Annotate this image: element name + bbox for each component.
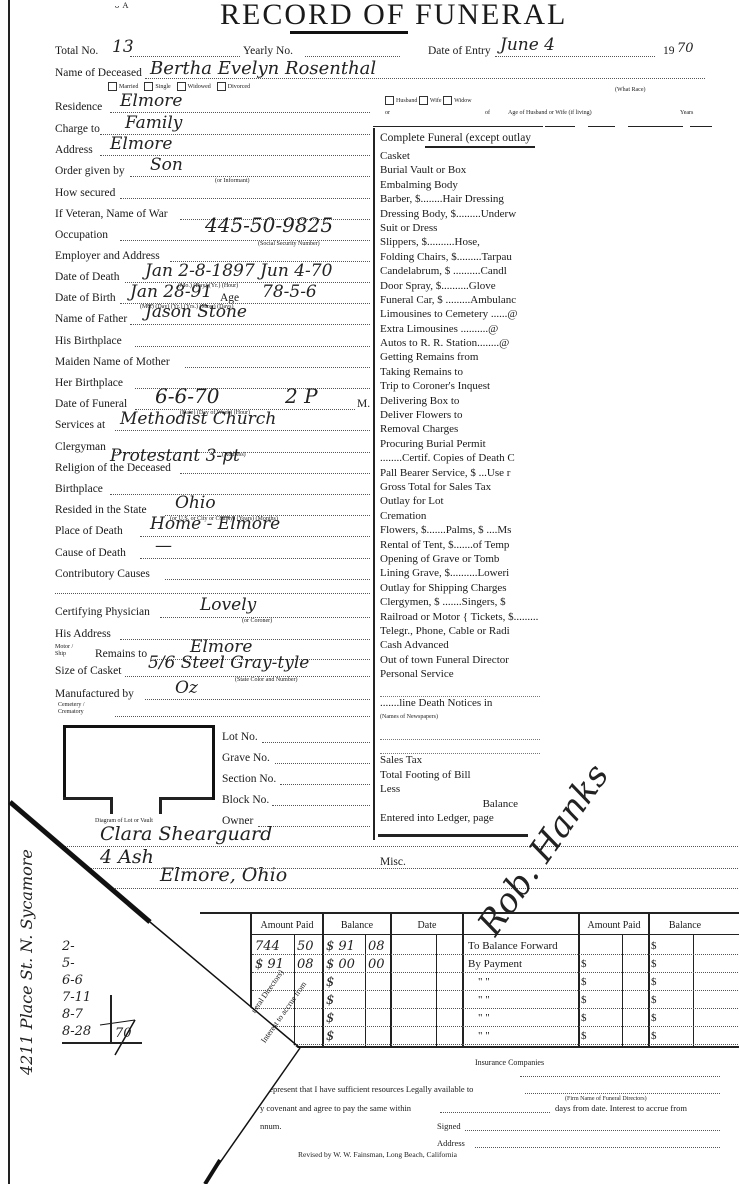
father-value[interactable]: Jason Stone (145, 303, 247, 321)
lot-no-line[interactable] (262, 742, 370, 743)
charge-item: Trip to Coroner's Inquest (380, 380, 540, 394)
charge-item: Procuring Burial Permit (380, 438, 540, 452)
checkbox-wife[interactable] (419, 96, 428, 105)
checkbox-widow[interactable] (443, 96, 452, 105)
father-line (130, 324, 370, 325)
year-value[interactable]: 70 (677, 40, 694, 58)
insurance-companies-label: Insurance Companies (475, 1058, 525, 1067)
charge-item: Clergymen, $ .......Singers, $ (380, 596, 540, 610)
date-of-entry-value[interactable]: June 4 (500, 36, 555, 54)
payment-date[interactable]: 6-6 (62, 972, 83, 990)
charge-item: Folding Chairs, $.........Tarpau (380, 251, 540, 265)
yearly-no-line[interactable] (305, 56, 400, 57)
contributory-label: Contributory Causes (55, 567, 150, 581)
order-given-by-value[interactable]: Son (150, 156, 183, 174)
residence-value[interactable]: Elmore (120, 92, 182, 110)
section-no-label: Section No. (222, 772, 276, 786)
charge-item: (Names of Newspapers) (380, 711, 540, 725)
charge-item: Cremation (380, 510, 540, 524)
his-birthplace-label: His Birthplace (55, 334, 122, 348)
date-header: Date (392, 920, 462, 932)
rpay-balance-dollar[interactable]: $ (651, 940, 657, 953)
days-text: days from date. Interest to accrue from (555, 1103, 687, 1113)
rpay-amount-dollar[interactable]: $ (581, 994, 587, 1007)
father-label: Name of Father (55, 312, 127, 326)
rpay-amount-dollar[interactable]: $ (581, 958, 587, 971)
right-top-rule-2 (588, 126, 615, 127)
charge-item: Total Footing of Bill (380, 769, 540, 783)
year-prefix: 19 (663, 44, 675, 58)
total-no-label: Total No. (55, 44, 98, 58)
folded-corner-flap (0, 790, 380, 1184)
checkbox-widowed[interactable] (177, 82, 186, 91)
charge-item: ........Certif. Copies of Death C (380, 452, 540, 466)
date-of-funeral-label: Date of Funeral (55, 397, 127, 411)
charge-item: Autos to R. R. Station........@ (380, 337, 540, 351)
name-of-deceased-label: Name of Deceased (55, 66, 142, 80)
place-of-death-value[interactable]: Home - Elmore (150, 515, 280, 533)
funeral-hour-value[interactable]: 2 P (285, 387, 318, 405)
name-line (145, 78, 705, 79)
charge-item: Suit or Dress (380, 222, 540, 236)
payment-date[interactable]: 8-28 (62, 1023, 91, 1041)
charge-item: Opening of Grave or Tomb (380, 553, 540, 567)
charge-item: Removal Charges (380, 423, 540, 437)
spouse-of: of (485, 110, 490, 117)
services-at-label: Services at (55, 418, 105, 432)
payment-date[interactable]: 2- (62, 938, 75, 956)
mother-maiden-label: Maiden Name of Mother (55, 355, 170, 369)
complete-funeral-header: Complete Funeral (except outlay (380, 132, 531, 145)
cemetery-line[interactable] (115, 716, 370, 717)
date-of-death-label: Date of Death (55, 270, 120, 284)
ssn-label: (Social Security Number) (258, 241, 320, 248)
charge-item: Dressing Body, $.........Underw (380, 208, 540, 222)
page-title: RECORD OF FUNERAL (220, 0, 567, 30)
charge-item: Lining Grave, $..........Loweri (380, 567, 540, 581)
firm-line[interactable] (525, 1093, 720, 1094)
contributory-line-2 (55, 593, 370, 594)
charge-item: Burial Vault or Box (380, 164, 540, 178)
charge-item: .......line Death Notices in (380, 697, 540, 711)
address-line (100, 155, 370, 156)
charge-to-label: Charge to (55, 122, 100, 136)
marital-status-options: Married Single Widowed Divorced (108, 82, 250, 91)
charge-item: Telegr., Phone, Cable or Radi (380, 625, 540, 639)
rpay-row-line (462, 972, 739, 973)
or-informant-label: (or Informant) (215, 178, 250, 185)
funeral-meridiem: M. (357, 397, 370, 411)
flap-year: 70 (115, 1025, 132, 1043)
age-spouse-label: Age of Husband or Wife (if living) (508, 110, 592, 117)
physician-value[interactable]: Lovely (200, 596, 256, 614)
residence-label: Residence (55, 100, 102, 114)
rpay-row-label: To Balance Forward (468, 940, 558, 953)
charge-item: Rental of Tent, $.......of Temp (380, 539, 540, 553)
date-of-birth-value[interactable]: Jan 28-91 (130, 283, 212, 301)
margin-note: 4211 Place St. N. Sycamore (18, 849, 36, 1075)
resided-label: Resided in the State (55, 503, 147, 517)
charge-item: Out of town Funeral Director (380, 654, 540, 668)
charge-item: Embalming Body (380, 179, 540, 193)
rpay-row-label: By Payment (468, 958, 522, 971)
charge-item: Balance (380, 798, 540, 812)
order-given-by-label: Order given by (55, 164, 125, 178)
days-line[interactable] (440, 1112, 550, 1113)
right-top-rule-4 (690, 126, 712, 127)
services-at-line (115, 430, 370, 431)
remains-to-label: Remains to (95, 647, 147, 661)
age-value[interactable]: 78-5-6 (262, 283, 317, 301)
rpay-row-line (462, 954, 739, 955)
mother-maiden-line[interactable] (185, 367, 370, 368)
charge-item: Funeral Car, $ .........Ambulanc (380, 294, 540, 308)
lot-diagram-box (63, 725, 215, 800)
cause-line (140, 558, 370, 559)
right-panel-bottom (378, 834, 528, 837)
right-panel-items: CasketBurial Vault or BoxEmbalming BodyB… (380, 150, 540, 826)
right-panel-border (373, 128, 375, 840)
cemetery-crematory-label: Cemetery / Crematory (58, 702, 98, 716)
order-line (130, 176, 370, 177)
spouse-options: Husband Wife Widow (385, 96, 472, 105)
flap-date-divider (110, 995, 112, 1043)
charge-item: Outlay for Shipping Charges (380, 582, 540, 596)
physician-label: Certifying Physician (55, 605, 150, 619)
checkbox-divorced[interactable] (217, 82, 226, 91)
how-secured-label: How secured (55, 186, 115, 200)
rpay-row-label: " " (478, 1030, 490, 1043)
his-birthplace-line[interactable] (135, 346, 370, 347)
rpay-row-label: " " (478, 1012, 490, 1025)
rpay-row-line (462, 990, 739, 991)
checkbox-husband[interactable] (385, 96, 394, 105)
total-no-line (130, 56, 240, 57)
race-label: (What Race) (615, 87, 645, 94)
name-of-deceased-value[interactable]: Bertha Evelyn Rosenthal (150, 60, 376, 78)
cause-of-death-value[interactable]: — (155, 537, 172, 555)
ssn-value[interactable]: 445-50-9825 (205, 216, 333, 234)
charge-item (380, 726, 540, 740)
section-no-line[interactable] (280, 784, 370, 785)
yearly-no-label: Yearly No. (243, 44, 293, 58)
rpay-row-label: " " (478, 976, 490, 989)
checkbox-single[interactable] (144, 82, 153, 91)
manufactured-by-value[interactable]: Oz (175, 679, 198, 697)
occupation-label: Occupation (55, 228, 108, 242)
title-underline (290, 31, 408, 34)
charge-item: Deliver Flowers to (380, 409, 540, 423)
signed-line[interactable] (465, 1130, 720, 1131)
rpay-balance-dollar[interactable]: $ (651, 976, 657, 989)
charge-item: Candelabrum, $ ..........Candl (380, 265, 540, 279)
clergyman-label: Clergyman (55, 440, 106, 454)
total-no-value[interactable]: 13 (112, 38, 134, 56)
religion-value[interactable]: Protestant 3-pt (110, 447, 240, 465)
date-of-birth-label: Date of Birth (55, 291, 116, 305)
address-label-bottom: Address (437, 1138, 465, 1148)
her-birthplace-label: Her Birthplace (55, 376, 123, 390)
rpay-balance-header: Balance (650, 920, 720, 932)
casket-size-value[interactable]: 5/6 Steel Gray-tyle (148, 654, 309, 672)
services-at-value[interactable]: Methodist Church (120, 410, 276, 428)
charge-item: Gross Total for Sales Tax (380, 481, 540, 495)
casket-sub: (State Color and Number) (235, 677, 297, 684)
religion-line (180, 473, 370, 474)
or-coroner-label: (or Coroner) (242, 618, 272, 625)
charge-item: Extra Limousines ..........@ (380, 323, 540, 337)
corner-mark: ᵕ ᴬ (115, 2, 128, 16)
address-value[interactable]: Elmore (110, 135, 172, 153)
casket-size-label: Size of Casket (55, 664, 121, 678)
rpay-balance-dollar[interactable]: $ (651, 958, 657, 971)
charge-item: Slippers, $..........Hose, (380, 236, 540, 250)
charge-item: Outlay for Lot (380, 495, 540, 509)
charge-to-value[interactable]: Family (125, 114, 182, 132)
charge-item: Sales Tax (380, 754, 540, 768)
charge-item (380, 740, 540, 754)
rpay-row-label: " " (478, 994, 490, 1007)
address-line-bottom[interactable] (475, 1147, 720, 1148)
date-of-entry-line (495, 56, 655, 57)
place-of-death-line (140, 536, 370, 537)
birthplace-label: Birthplace (55, 482, 103, 496)
manufactured-by-label: Manufactured by (55, 687, 134, 701)
rpay-amount-paid-header: Amount Paid (580, 920, 648, 932)
charge-item: Door Spray, $..........Glove (380, 280, 540, 294)
right-top-rule-3 (628, 126, 683, 127)
charge-item: Taking Remains to (380, 366, 540, 380)
right-top-rule-1 (545, 126, 575, 127)
right-panel-top (373, 126, 543, 127)
charge-item: Getting Remains from (380, 351, 540, 365)
date-of-death-value[interactable]: Jan 2-8-1897 Jun 4-70 (145, 262, 332, 280)
payment-date[interactable]: 5- (62, 955, 75, 973)
charge-item: Cash Advanced (380, 639, 540, 653)
charge-item: Casket (380, 150, 540, 164)
charge-item: Less (380, 783, 540, 797)
years-label: Years (680, 110, 693, 117)
misc-label: Misc. (380, 855, 406, 869)
grave-no-label: Grave No. (222, 751, 270, 765)
charge-item: Entered into Ledger, page (380, 812, 540, 826)
veteran-label: If Veteran, Name of War (55, 207, 168, 221)
charge-item: Barber, $........Hair Dressing (380, 193, 540, 207)
lot-no-label: Lot No. (222, 730, 258, 744)
birthplace-line[interactable] (110, 494, 370, 495)
rpay-row-line (462, 1026, 739, 1027)
rpay-amount-dollar[interactable]: $ (581, 1030, 587, 1043)
motor-ship-label: Motor / Ship (55, 644, 77, 658)
grave-no-line[interactable] (275, 763, 370, 764)
charge-item: Delivering Box to (380, 395, 540, 409)
date-of-entry-label: Date of Entry (428, 44, 491, 58)
charge-item: Flowers, $.......Palms, $ ....Ms (380, 524, 540, 538)
charge-item: Personal Service (380, 668, 540, 682)
firm-name-sub: (Firm Name of Funeral Directors) (565, 1096, 647, 1103)
rpay-col-2b (693, 935, 694, 1047)
spouse-or: or (385, 110, 390, 117)
rpay-row-line (462, 1008, 739, 1009)
rpay-balance-dollar[interactable]: $ (651, 1030, 657, 1043)
place-of-death-label: Place of Death (55, 524, 123, 538)
manufactured-line (145, 699, 370, 700)
rpay-amount-dollar[interactable]: $ (581, 1012, 587, 1025)
signed-label: Signed (437, 1121, 461, 1131)
cause-of-death-label: Cause of Death (55, 546, 126, 560)
his-address-label: His Address (55, 627, 111, 641)
date-of-funeral-value[interactable]: 6-6-70 (155, 387, 219, 405)
address-label: Address (55, 143, 93, 157)
charge-item: Limousines to Cemetery ......@ (380, 308, 540, 322)
payments-col-3b (436, 935, 437, 1047)
how-secured-line[interactable] (120, 198, 370, 199)
rpay-col-1b (622, 935, 623, 1047)
payment-date[interactable]: 8-7 (62, 1006, 83, 1024)
rpay-row-line (462, 1044, 739, 1045)
payment-date[interactable]: 7-11 (62, 989, 91, 1007)
rpay-amount-dollar[interactable]: $ (581, 976, 587, 989)
rpay-balance-dollar[interactable]: $ (651, 994, 657, 1007)
resided-value[interactable]: Ohio (175, 494, 216, 512)
checkbox-married[interactable] (108, 82, 117, 91)
occupation-line (120, 240, 370, 241)
charge-item (380, 682, 540, 696)
header-underline (425, 146, 535, 148)
contributory-line[interactable] (165, 579, 370, 580)
charge-item: Pall Bearer Service, $ ...Use r (380, 467, 540, 481)
insurance-companies-line[interactable] (520, 1076, 720, 1077)
rpay-balance-dollar[interactable]: $ (651, 1012, 657, 1025)
charge-item: Railroad or Motor { Tickets, $......... … (380, 611, 540, 625)
